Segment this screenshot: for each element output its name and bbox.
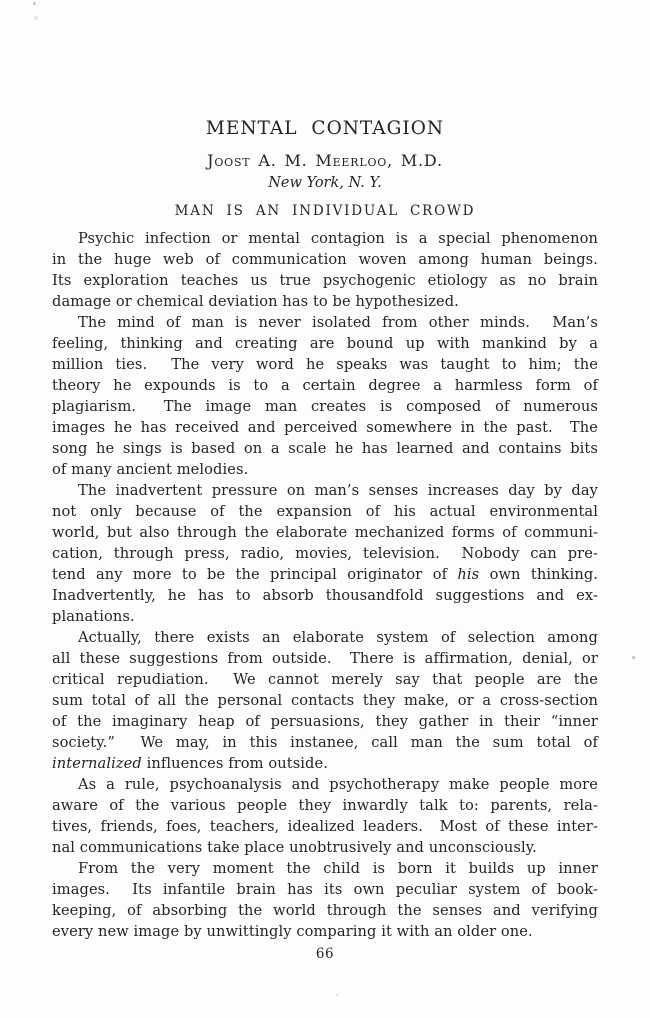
text-line: The inadvertent pressure on man’s senses… [52, 480, 598, 501]
scan-speck [336, 994, 338, 996]
section-heading: MAN IS AN INDIVIDUAL CROWD [52, 203, 598, 219]
text-line: Its exploration teaches us true psychoge… [52, 270, 598, 291]
text-line: images. Its infantile brain has its own … [52, 879, 598, 900]
author-byline: Joost A. M. Meerloo, M.D. [52, 151, 598, 170]
text-line: million ties. The very word he speaks wa… [52, 354, 598, 375]
text-line: internalized influences from outside. [52, 753, 598, 774]
text-line: The mind of man is never isolated from o… [52, 312, 598, 333]
text-line: Inadvertently, he has to absorb thousand… [52, 585, 598, 606]
text-line: damage or chemical deviation has to be h… [52, 291, 598, 312]
text-line: cation, through press, radio, movies, te… [52, 543, 598, 564]
article-body: Psychic infection or mental contagion is… [52, 228, 598, 942]
text-line: nal communications take place unobtrusiv… [52, 837, 598, 858]
scan-speck [33, 2, 36, 5]
text-line: As a rule, psychoanalysis and psychother… [52, 774, 598, 795]
text-line: tives, friends, foes, teachers, idealize… [52, 816, 598, 837]
text-line: aware of the various people they inwardl… [52, 795, 598, 816]
text-line: song he sings is based on a scale he has… [52, 438, 598, 459]
text-line: world, but also through the elaborate me… [52, 522, 598, 543]
page-number: 66 [52, 946, 598, 962]
text-line: theory he expounds is to a certain degre… [52, 375, 598, 396]
text-line: every new image by unwittingly comparing… [52, 921, 598, 942]
text-line: of many ancient melodies. [52, 459, 598, 480]
text-line: planations. [52, 606, 598, 627]
text-line: plagiarism. The image man creates is com… [52, 396, 598, 417]
text-line: of the imaginary heap of persuasions, th… [52, 711, 598, 732]
text-line: tend any more to be the principal origin… [52, 564, 598, 585]
text-line: keeping, of absorbing the world through … [52, 900, 598, 921]
byline-location: New York, N. Y. [52, 175, 598, 191]
scan-speck [632, 656, 635, 659]
text-line: feeling, thinking and creating are bound… [52, 333, 598, 354]
text-line: society.” We may, in this instanee, call… [52, 732, 598, 753]
scanned-page: MENTAL CONTAGION Joost A. M. Meerloo, M.… [0, 0, 650, 1018]
text-line: not only because of the expansion of his… [52, 501, 598, 522]
text-line: critical repudiation. We cannot merely s… [52, 669, 598, 690]
text-line: From the very moment the child is born i… [52, 858, 598, 879]
text-line: Psychic infection or mental contagion is… [52, 228, 598, 249]
scan-speck [34, 16, 38, 20]
text-line: Actually, there exists an elaborate syst… [52, 627, 598, 648]
text-line: all these suggestions from outside. Ther… [52, 648, 598, 669]
text-line: images he has received and perceived som… [52, 417, 598, 438]
text-line: in the huge web of communication woven a… [52, 249, 598, 270]
page-title: MENTAL CONTAGION [52, 118, 598, 139]
text-line: sum total of all the personal contacts t… [52, 690, 598, 711]
